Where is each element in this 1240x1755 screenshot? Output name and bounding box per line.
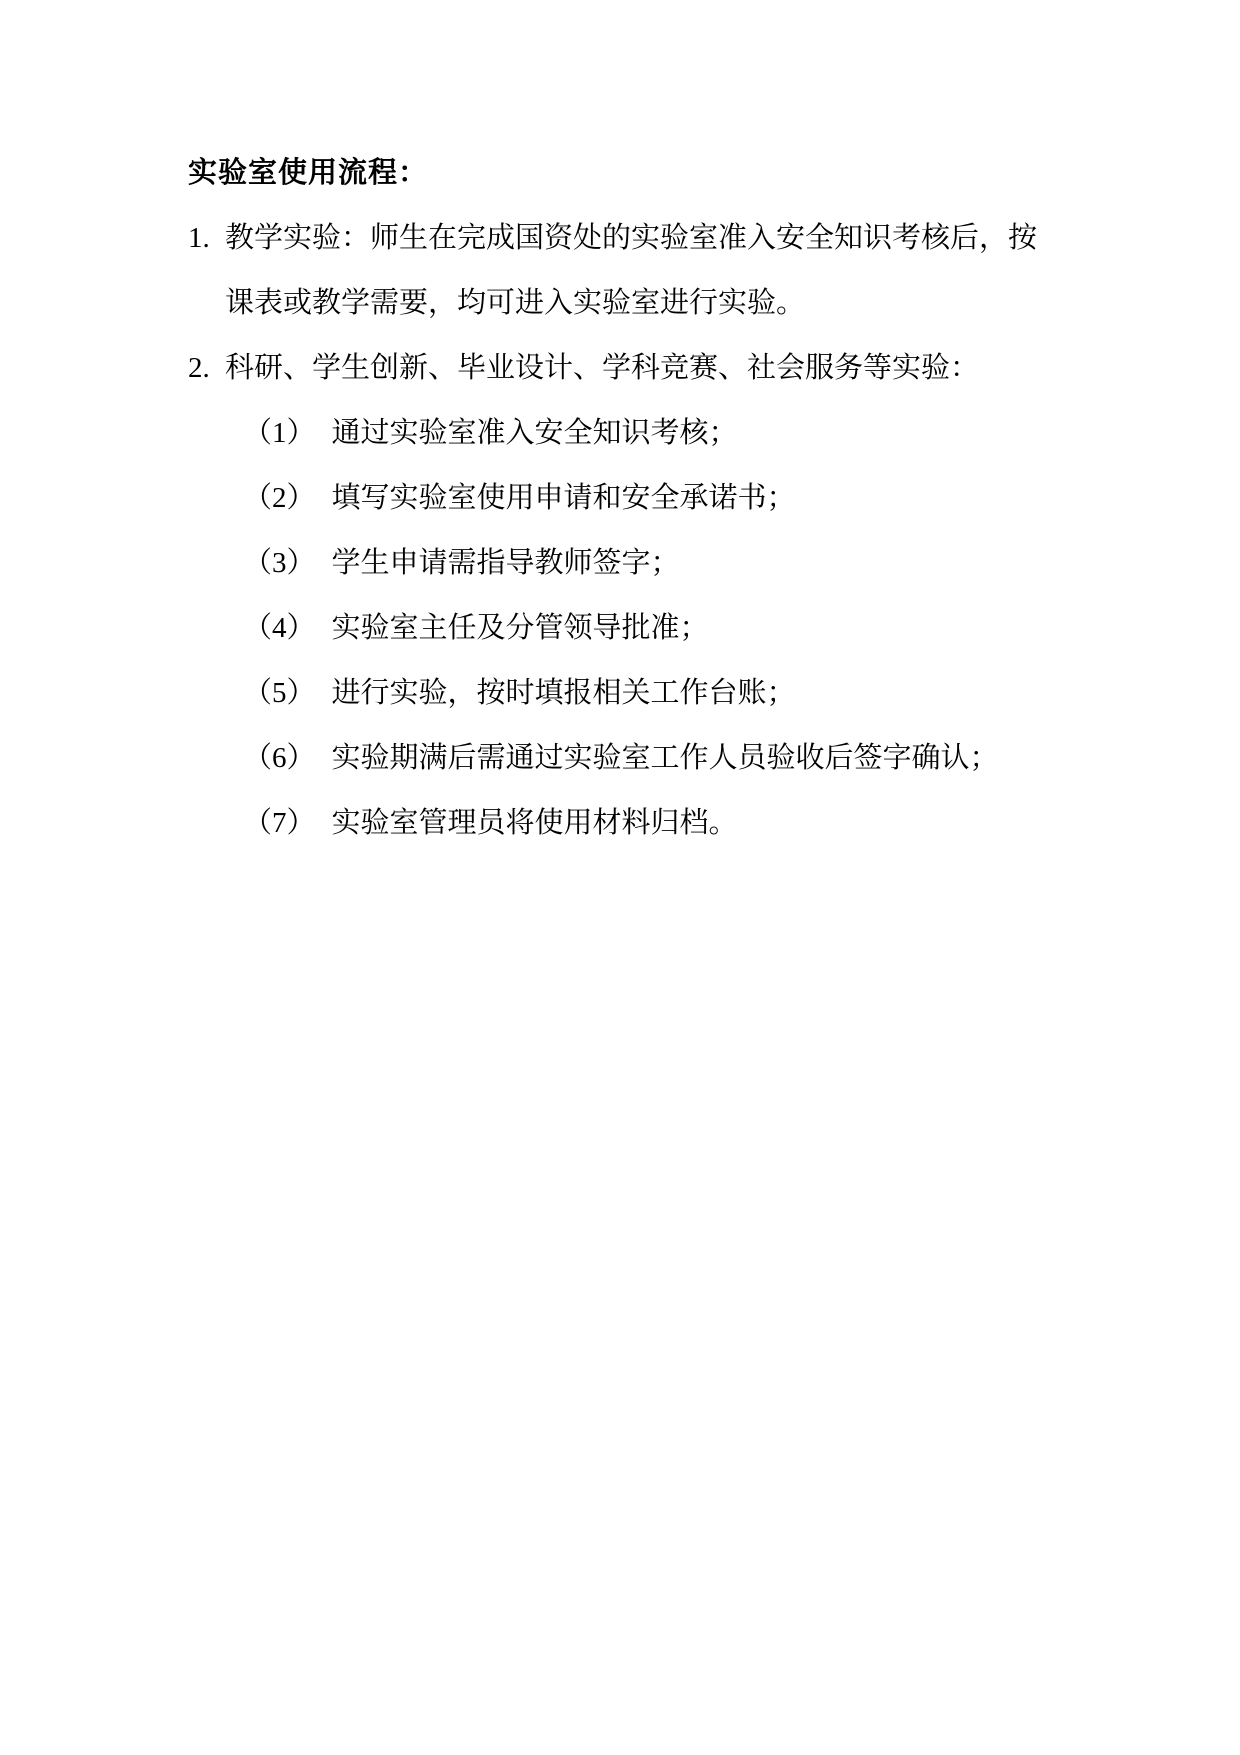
item-1-line-1: 教学实验：师生在完成国资处的实验室准入安全知识考核后，按 [225,206,1120,271]
sub-item-4: （4）实验室主任及分管领导批准； [243,596,1120,661]
sub-item-2-text: 填写实验室使用申请和安全承诺书； [332,482,796,514]
sub-item-6-marker: （6） [243,742,316,774]
sub-item-5-text: 进行实验，按时填报相关工作台账； [332,677,796,709]
item-1-body: 教学实验：师生在完成国资处的实验室准入安全知识考核后，按 课表或教学需要，均可进… [225,206,1120,336]
sub-item-2-marker: （2） [243,482,316,514]
sub-item-1-text: 通过实验室准入安全知识考核； [332,417,738,449]
sub-list: （1）通过实验室准入安全知识考核； （2）填写实验室使用申请和安全承诺书； （3… [188,401,1120,856]
item-2-number: 2. [188,336,225,401]
sub-item-5: （5）进行实验，按时填报相关工作台账； [243,661,1120,726]
item-1-number: 1. [188,206,225,271]
sub-item-3-text: 学生申请需指导教师签字； [332,547,680,579]
numbered-item-1: 1. 教学实验：师生在完成国资处的实验室准入安全知识考核后，按 课表或教学需要，… [188,206,1120,336]
numbered-item-2: 2. 科研、学生创新、毕业设计、学科竞赛、社会服务等实验： [188,336,1120,401]
sub-item-6-text: 实验期满后需通过实验室工作人员验收后签字确认； [332,742,999,774]
sub-item-1: （1）通过实验室准入安全知识考核； [243,401,1120,466]
document-title: 实验室使用流程： [188,141,1120,206]
sub-item-2: （2）填写实验室使用申请和安全承诺书； [243,466,1120,531]
sub-item-1-marker: （1） [243,417,316,449]
item-1-line-2: 课表或教学需要，均可进入实验室进行实验。 [225,271,1120,336]
sub-item-7: （7）实验室管理员将使用材料归档。 [243,791,1120,856]
sub-item-7-text: 实验室管理员将使用材料归档。 [332,807,738,839]
sub-item-4-text: 实验室主任及分管领导批准； [332,612,709,644]
sub-item-5-marker: （5） [243,677,316,709]
item-2-line-1: 科研、学生创新、毕业设计、学科竞赛、社会服务等实验： [225,336,1120,401]
sub-item-7-marker: （7） [243,807,316,839]
sub-item-3: （3）学生申请需指导教师签字； [243,531,1120,596]
sub-item-4-marker: （4） [243,612,316,644]
sub-item-6: （6）实验期满后需通过实验室工作人员验收后签字确认； [243,726,1120,791]
sub-item-3-marker: （3） [243,547,316,579]
item-2-body: 科研、学生创新、毕业设计、学科竞赛、社会服务等实验： [225,336,1120,401]
document-page: 实验室使用流程： 1. 教学实验：师生在完成国资处的实验室准入安全知识考核后，按… [0,0,1240,1755]
